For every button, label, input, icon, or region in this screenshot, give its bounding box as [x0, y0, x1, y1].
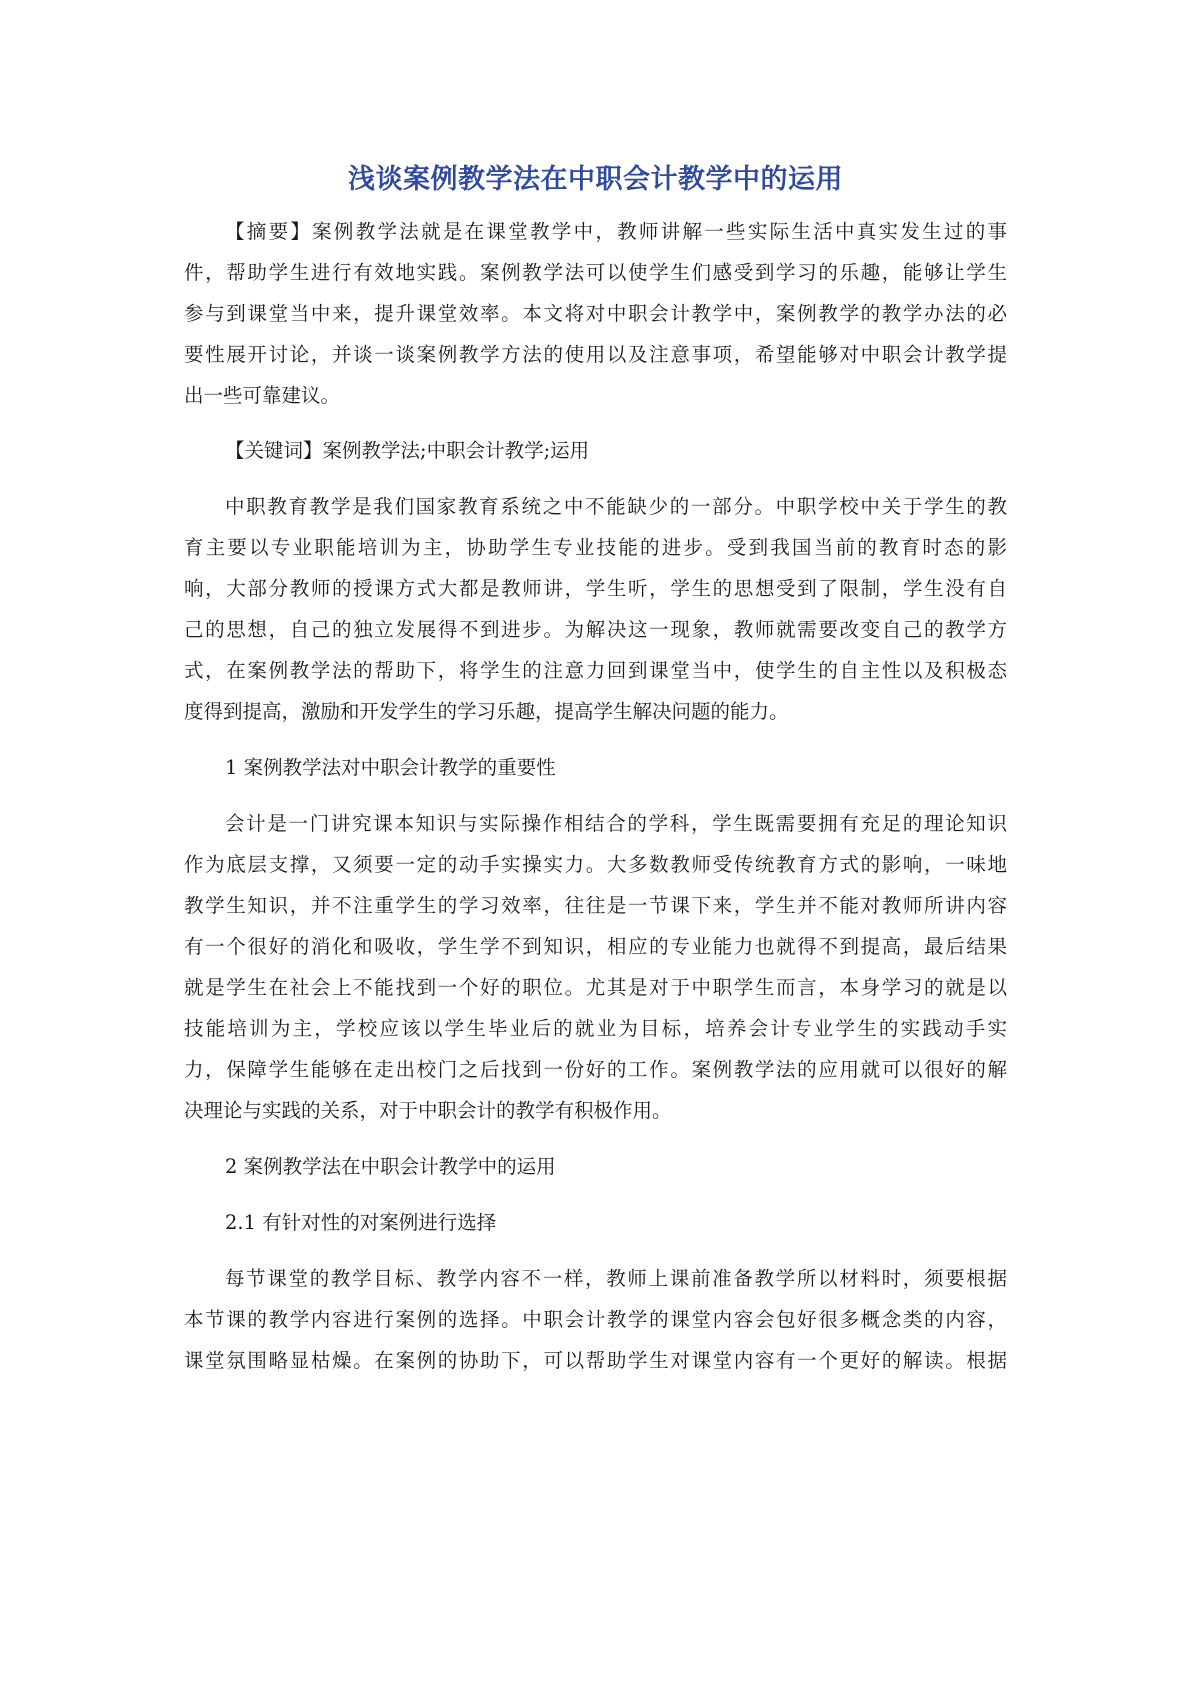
abstract-line: 要性展开讨论，并谈一谈案例教学方法的使用以及注意事项，希望能够对中职会计教学提 — [184, 341, 1007, 369]
abstract-line: 件，帮助学生进行有效地实践。案例教学法可以使学生们感受到学习的乐趣，能够让学生 — [184, 259, 1007, 287]
section-1-line: 决理论与实践的关系，对于中职会计的教学有积极作用。 — [184, 1097, 1007, 1125]
subsection-2-1-heading: 2.1 有针对性的对案例进行选择 — [225, 1209, 1007, 1237]
section-1-line: 技能培训为主，学校应该以学生毕业后的就业为目标，培养会计专业学生的实践动手实 — [184, 1015, 1007, 1043]
subsection-2-1-line: 本节课的教学内容进行案例的选择。中职会计教学的课堂内容会包好很多概念类的内容， — [184, 1306, 1007, 1334]
intro-line: 度得到提高，激励和开发学生的学习乐趣，提高学生解决问题的能力。 — [184, 698, 1007, 726]
subsection-2-1-line: 课堂氛围略显枯燥。在案例的协助下，可以帮助学生对课堂内容有一个更好的解读。根据 — [184, 1347, 1007, 1375]
abstract-line: 【摘要】案例教学法就是在课堂教学中，教师讲解一些实际生活中真实发生过的事 — [225, 218, 1007, 246]
intro-line: 式，在案例教学法的帮助下，将学生的注意力回到课堂当中，使学生的自主性以及积极态 — [184, 657, 1007, 685]
abstract-line: 参与到课堂当中来，提升课堂效率。本文将对中职会计教学中，案例教学的教学办法的必 — [184, 300, 1007, 328]
keywords-line: 【关键词】案例教学法;中职会计教学;运用 — [225, 437, 1007, 465]
section-1-heading: 1 案例教学法对中职会计教学的重要性 — [225, 754, 1007, 782]
section-2-heading: 2 案例教学法在中职会计教学中的运用 — [225, 1153, 1007, 1181]
subsection-2-1-line: 每节课堂的教学目标、教学内容不一样，教师上课前准备教学所以材料时，须要根据 — [225, 1265, 1007, 1293]
document-page: 浅谈案例教学法在中职会计教学中的运用 【摘要】案例教学法就是在课堂教学中，教师讲… — [0, 0, 1191, 1684]
section-1-line: 就是学生在社会上不能找到一个好的职位。尤其是对于中职学生而言，本身学习的就是以 — [184, 974, 1007, 1002]
section-1-line: 会计是一门讲究课本知识与实际操作相结合的学科，学生既需要拥有充足的理论知识 — [225, 810, 1007, 838]
intro-line: 中职教育教学是我们国家教育系统之中不能缺少的一部分。中职学校中关于学生的教 — [225, 493, 1007, 521]
section-1-line: 力，保障学生能够在走出校门之后找到一份好的工作。案例教学法的应用就可以很好的解 — [184, 1056, 1007, 1084]
section-1-line: 教学生知识，并不注重学生的学习效率，往往是一节课下来，学生并不能对教师所讲内容 — [184, 892, 1007, 920]
section-1-line: 作为底层支撑，又须要一定的动手实操实力。大多数教师受传统教育方式的影响，一味地 — [184, 851, 1007, 879]
document-title: 浅谈案例教学法在中职会计教学中的运用 — [0, 162, 1191, 198]
abstract-line: 出一些可靠建议。 — [184, 382, 1007, 410]
section-1-line: 有一个很好的消化和吸收，学生学不到知识，相应的专业能力也就得不到提高，最后结果 — [184, 933, 1007, 961]
intro-line: 响，大部分教师的授课方式大都是教师讲，学生听，学生的思想受到了限制，学生没有自 — [184, 575, 1007, 603]
intro-line: 育主要以专业职能培训为主，协助学生专业技能的进步。受到我国当前的教育时态的影 — [184, 534, 1007, 562]
intro-line: 己的思想，自己的独立发展得不到进步。为解决这一现象，教师就需要改变自己的教学方 — [184, 616, 1007, 644]
